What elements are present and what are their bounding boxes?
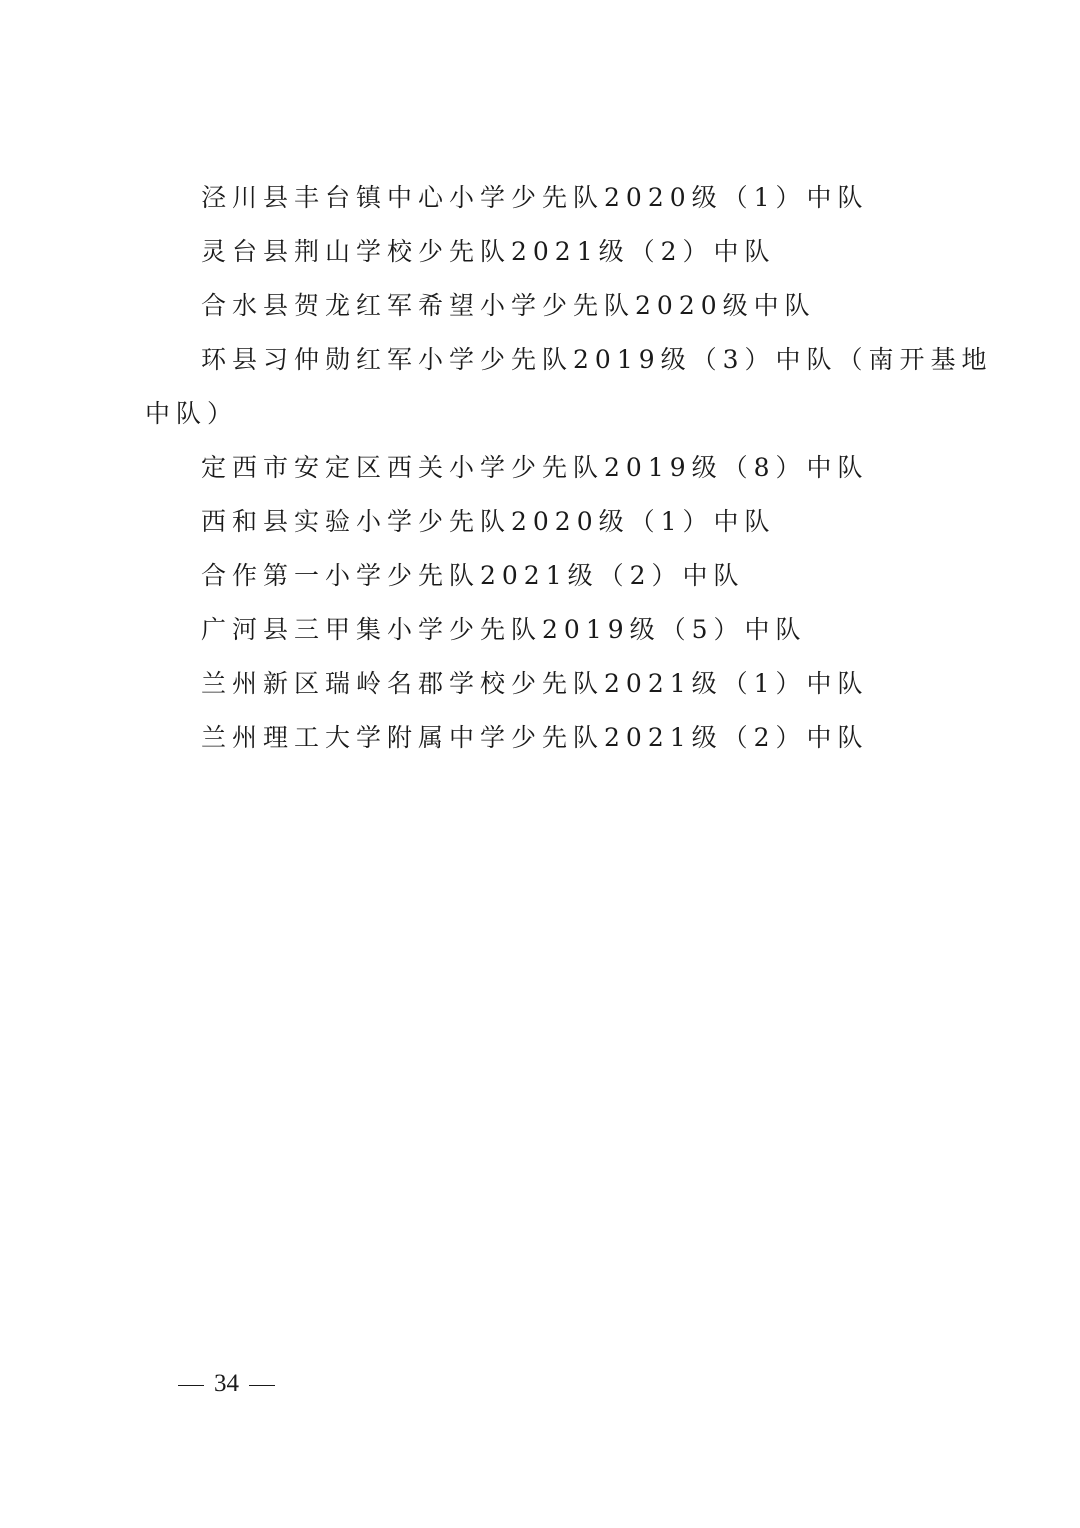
list-item: 兰州新区瑞岭名郡学校少先队2021级（1）中队 [145, 657, 945, 711]
entry-text: 广河县三甲集小学少先队2019级（5）中队 [145, 603, 945, 657]
list-item: 环县习仲勋红军小学少先队2019级（3）中队（南开基地 中队） [145, 333, 945, 441]
list-item: 西和县实验小学少先队2020级（1）中队 [145, 495, 945, 549]
entry-text: 环县习仲勋红军小学少先队2019级（3）中队（南开基地 [145, 333, 945, 387]
entry-text: 合水县贺龙红军希望小学少先队2020级中队 [145, 279, 945, 333]
entry-continuation: 中队） [145, 387, 945, 441]
entry-text: 兰州理工大学附属中学少先队2021级（2）中队 [145, 711, 945, 765]
list-item: 泾川县丰台镇中心小学少先队2020级（1）中队 [145, 171, 945, 225]
entry-text: 合作第一小学少先队2021级（2）中队 [145, 549, 945, 603]
list-item: 广河县三甲集小学少先队2019级（5）中队 [145, 603, 945, 657]
entry-text: 灵台县荆山学校少先队2021级（2）中队 [145, 225, 945, 279]
document-page: 泾川县丰台镇中心小学少先队2020级（1）中队 灵台县荆山学校少先队2021级（… [0, 0, 1080, 1528]
dash-left [178, 1385, 204, 1387]
list-item: 合作第一小学少先队2021级（2）中队 [145, 549, 945, 603]
entry-text: 兰州新区瑞岭名郡学校少先队2021级（1）中队 [145, 657, 945, 711]
dash-right [249, 1385, 275, 1387]
page-number: 34 [168, 1368, 285, 1400]
list-item: 定西市安定区西关小学少先队2019级（8）中队 [145, 441, 945, 495]
entry-text: 泾川县丰台镇中心小学少先队2020级（1）中队 [145, 171, 945, 225]
page-number-value: 34 [214, 1370, 239, 1397]
entry-text: 定西市安定区西关小学少先队2019级（8）中队 [145, 441, 945, 495]
list-item: 兰州理工大学附属中学少先队2021级（2）中队 [145, 711, 945, 765]
entry-text: 西和县实验小学少先队2020级（1）中队 [145, 495, 945, 549]
list-item: 灵台县荆山学校少先队2021级（2）中队 [145, 225, 945, 279]
list-item: 合水县贺龙红军希望小学少先队2020级中队 [145, 279, 945, 333]
